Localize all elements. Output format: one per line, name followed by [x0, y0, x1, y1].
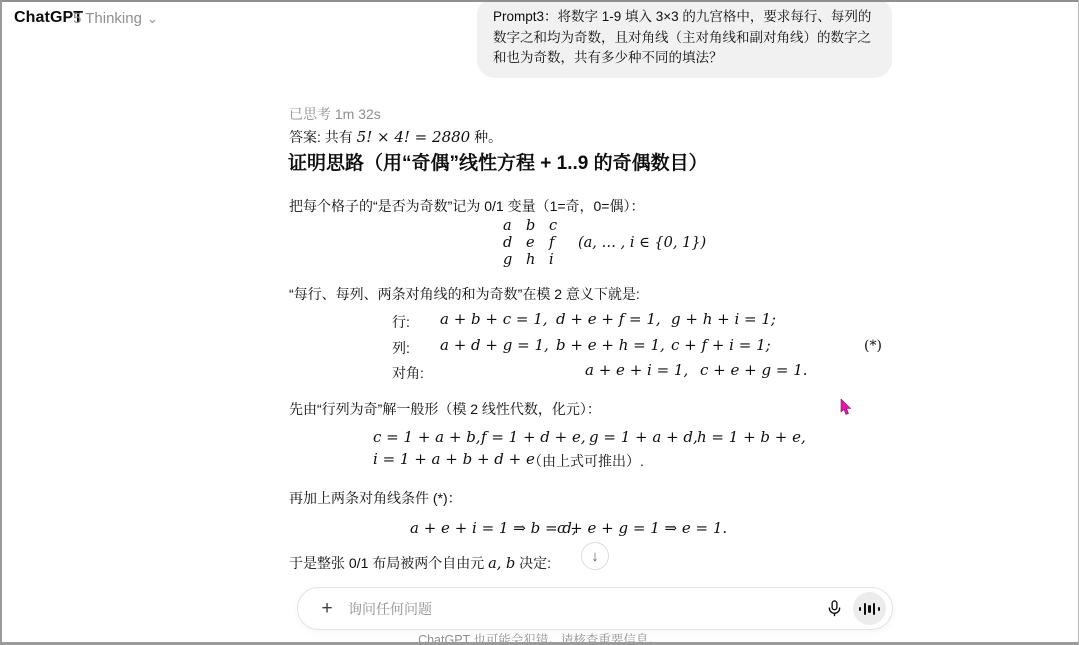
answer-suffix: 种。: [470, 129, 502, 145]
paragraph-variables: 把每个格子的“是否为奇数”记为 0/1 变量（1=奇，0=偶）：: [289, 196, 645, 216]
paragraph-mod2: “每行、每列、两条对角线的和为奇数”在模 2 意义下就是:: [289, 284, 640, 304]
chevron-down-icon: ⌄: [147, 11, 158, 26]
window-border-top: [0, 0, 1079, 2]
equation-tag: (*): [864, 338, 882, 354]
conclusion-post: 决定:: [515, 555, 551, 571]
answer-math: 5! × 4! = 2880: [357, 128, 471, 146]
matrix-cell: f: [549, 235, 572, 252]
user-message-text: Prompt3：将数字 1-9 填入 3×3 的九宫格中，要求每行、每列的数字之…: [493, 9, 871, 65]
chatgpt-window: ChatGPT 5 Thinking⌄ Prompt3：将数字 1-9 填入 3…: [0, 0, 1079, 645]
equation: c + e + g = 1 ⇒ e = 1.: [557, 519, 727, 537]
equation: c + f + i = 1;: [671, 336, 771, 354]
arrow-down-icon: ↓: [591, 548, 599, 565]
matrix-cell: e: [526, 235, 549, 252]
paragraph-diagonal: 再加上两条对角线条件 (*)：: [289, 488, 462, 508]
equation: h = 1 + b + e,: [697, 428, 806, 446]
window-border-left: [0, 0, 2, 645]
model-name: 5 Thinking: [73, 10, 142, 27]
eq-row-label: 列:: [392, 338, 410, 358]
attach-plus-button[interactable]: +: [314, 596, 340, 622]
paragraph-conclusion: 于是整张 0/1 布局被两个自由元 a, b 决定:: [289, 553, 551, 573]
eq-row-label: 对角:: [392, 363, 424, 383]
matrix-cell: g: [503, 252, 526, 269]
composer: +: [297, 587, 893, 630]
section-heading: 证明思路（用“奇偶”线性方程 + 1..9 的奇偶数目）: [288, 148, 708, 175]
user-message-bubble: Prompt3：将数字 1-9 填入 3×3 的九宫格中，要求每行、每列的数字之…: [477, 0, 892, 78]
voice-waveform-icon: [859, 603, 880, 615]
equation-note: （由上式可推出）.: [528, 451, 644, 471]
equation: f = 1 + d + e,: [481, 428, 586, 446]
answer-line: 答案: 共有 5! × 4! = 2880 种。: [289, 127, 502, 147]
matrix-annotation: (a, … , i ∈ {0, 1}): [578, 235, 706, 251]
conclusion-pre: 于是整张 0/1 布局被两个自由元: [289, 555, 488, 571]
paragraph-general-form: 先由“行列为奇”解一般形（模 2 线性代数，化元）：: [289, 399, 601, 419]
microphone-icon: [825, 599, 844, 618]
answer-prefix: 答案: 共有: [289, 129, 357, 145]
equation: i = 1 + a + b + d + e: [373, 450, 535, 468]
thought-duration-toggle[interactable]: 已思考 1m 32s: [289, 104, 381, 124]
matrix-cell: d: [503, 235, 526, 252]
matrix-cell: b: [526, 218, 549, 235]
equation: a + e + i = 1,: [585, 361, 688, 379]
equation: a + e + i = 1 ⇒ b = d,: [410, 519, 577, 537]
equation: a + b + c = 1,: [440, 310, 548, 328]
equation: b + e + h = 1,: [556, 336, 665, 354]
eq-row-label: 行:: [392, 312, 410, 332]
mouse-cursor: [840, 399, 852, 416]
equation: a + d + g = 1,: [440, 336, 549, 354]
equation: g = 1 + a + d,: [589, 428, 698, 446]
equation: c + e + g = 1.: [700, 361, 808, 379]
voice-mode-button[interactable]: [853, 592, 886, 625]
model-picker[interactable]: 5 Thinking⌄: [73, 10, 158, 27]
matrix-cell: c: [549, 218, 572, 235]
variable-matrix: a b c d e f g h i: [503, 218, 572, 269]
message-input[interactable]: [348, 601, 819, 617]
scroll-to-bottom-button[interactable]: ↓: [581, 542, 609, 570]
conclusion-math: a, b: [488, 556, 515, 572]
matrix-cell: i: [549, 252, 572, 269]
matrix-cell: h: [526, 252, 549, 269]
matrix-cell: a: [503, 218, 526, 235]
equation: d + e + f = 1,: [556, 310, 661, 328]
equation: g + h + i = 1;: [671, 310, 776, 328]
mic-button[interactable]: [819, 594, 849, 624]
equation: c = 1 + a + b,: [373, 428, 481, 446]
